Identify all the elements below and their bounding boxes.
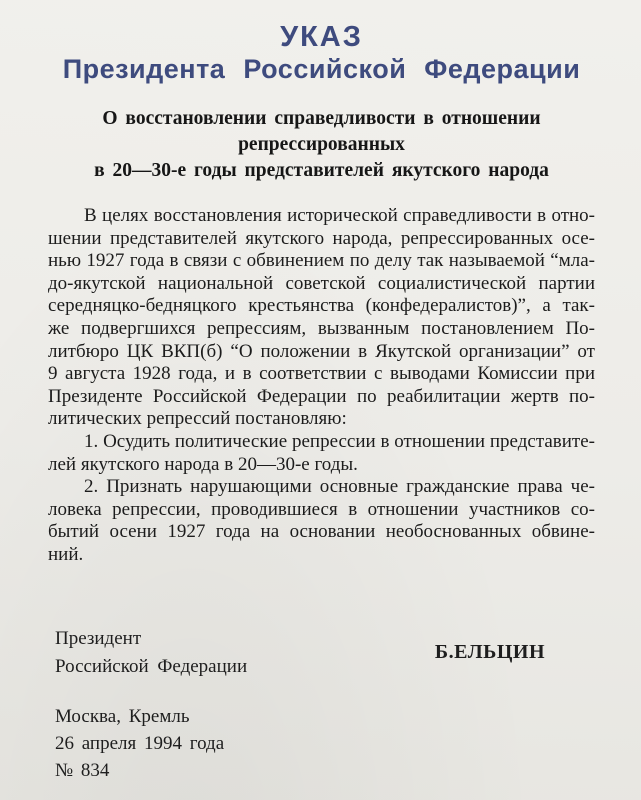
signer-name: Б.ЕЛЬЦИН	[435, 641, 545, 664]
document-type-title: УКАЗ	[48, 21, 595, 53]
body-line: шении представителей якутского народа, р…	[48, 228, 595, 251]
document-issuer-title: Президента Российской Федерации	[48, 53, 595, 86]
decree-body: В целях восстановления исторической спра…	[48, 205, 595, 567]
body-line: 2. Признать нарушающими основные граждан…	[48, 476, 595, 499]
body-line: нью 1927 года в связи с обвинением по де…	[48, 250, 595, 273]
body-line: литбюро ЦК ВКП(б) “О положении в Якутско…	[48, 341, 595, 364]
date-line: 26 апреля 1994 года	[55, 730, 595, 757]
body-line: В целях восстановления исторической спра…	[48, 205, 595, 228]
decree-number-line: № 834	[55, 757, 595, 784]
body-line: до-якутской национальной советской социа…	[48, 273, 595, 296]
document-header: УКАЗ Президента Российской Федерации	[48, 21, 595, 86]
body-line: 1. Осудить политические репрессии в отно…	[48, 431, 595, 454]
body-line: Президенте Российской Федерации по реаби…	[48, 386, 595, 409]
body-line: середняцко-бедняцкого крестьянства (конф…	[48, 295, 595, 318]
decree-document-page: УКАЗ Президента Российской Федерации О в…	[0, 0, 641, 800]
body-line: же подвергшихся репрессиям, вызванным по…	[48, 318, 595, 341]
decree-subject-line-1: О восстановлении справедливости в отноше…	[48, 106, 595, 158]
decree-subject-line-2: в 20—30-е годы представителей якутского …	[48, 158, 595, 184]
signer-title-line-2: Российской Федерации	[55, 653, 247, 681]
signer-title: Президент Российской Федерации	[55, 625, 247, 681]
signer-title-line-1: Президент	[55, 625, 247, 653]
body-line: ний.	[48, 544, 595, 567]
decree-subject: О восстановлении справедливости в отноше…	[48, 106, 595, 184]
signature-block: Президент Российской Федерации Б.ЕЛЬЦИН	[48, 625, 595, 681]
body-line: ловека репрессии, проводившиеся в отноше…	[48, 499, 595, 522]
body-line: 9 августа 1928 года, и в соответствии с …	[48, 363, 595, 386]
body-line: литических репрессий постановляю:	[48, 408, 595, 431]
place-date-block: Москва, Кремль 26 апреля 1994 года № 834	[48, 703, 595, 784]
body-line: лей якутского народа в 20—30-е годы.	[48, 454, 595, 477]
body-line: бытий осени 1927 года на основании необо…	[48, 521, 595, 544]
place-line: Москва, Кремль	[55, 703, 595, 730]
